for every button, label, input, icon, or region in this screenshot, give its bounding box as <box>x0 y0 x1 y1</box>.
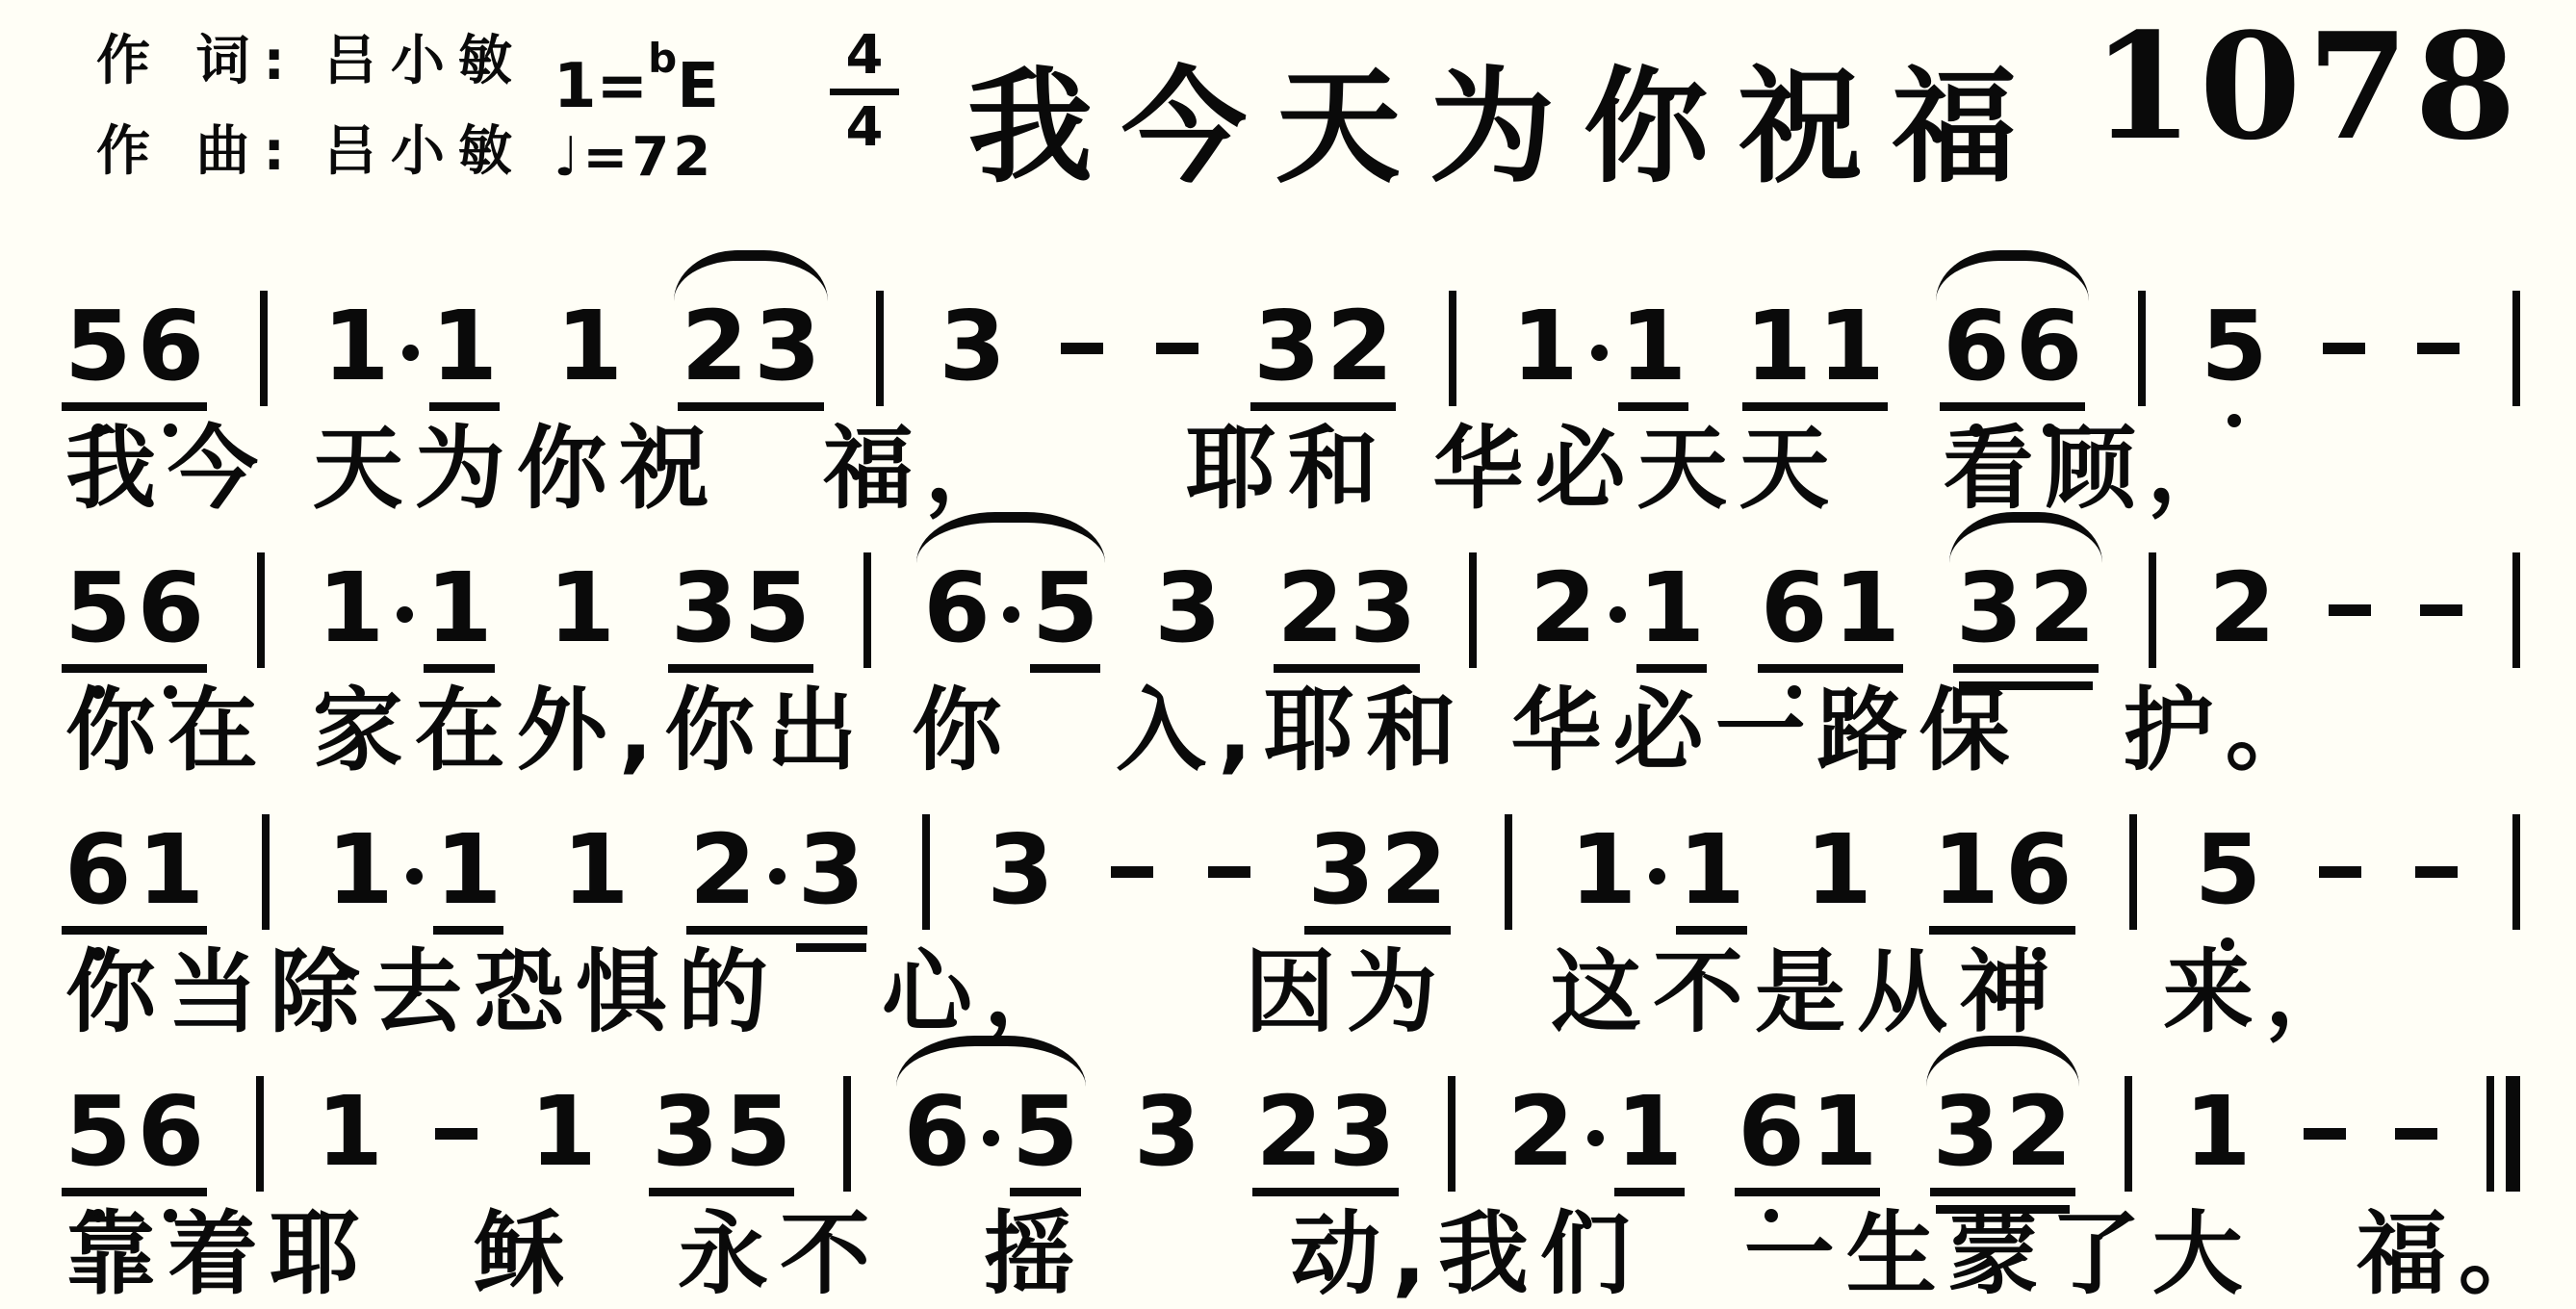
barline <box>1449 291 1456 406</box>
final-barline <box>2486 1076 2520 1192</box>
note-group: 23 <box>1274 560 1419 656</box>
system-line: 6111123332111165你当除去恐惧的 心， 因为 这不是从神 来， <box>62 772 2520 1034</box>
note-digit: 1 <box>1815 298 1888 395</box>
note-digit: 2 <box>1527 560 1600 656</box>
note-digit: 5 <box>722 1084 795 1180</box>
composer-label: 作 曲: <box>96 125 298 179</box>
barline <box>2129 814 2137 930</box>
group-underline <box>1274 664 1419 673</box>
group-underline <box>62 926 207 935</box>
note-digit: 2 <box>1274 560 1347 656</box>
note-digit: 2 <box>2025 560 2099 656</box>
digit-underline <box>433 926 504 935</box>
note-group: 23 <box>686 822 867 918</box>
dash-rest <box>2319 866 2361 878</box>
note-digit: 3 <box>1326 1084 1399 1180</box>
note-group: 65 <box>900 1084 1081 1180</box>
note-group: 1 <box>545 560 618 656</box>
note-digit: 1 <box>323 822 397 918</box>
dot-separator <box>397 606 413 623</box>
note-digit: 3 <box>1250 298 1324 395</box>
note-digit: 1 <box>1742 298 1816 395</box>
barline <box>260 291 268 406</box>
sheet-music-page: 作 词: 吕小敏 作 曲: 吕小敏 1=bE ♩=72 4 4 我今天为你祝福 … <box>0 0 2576 1309</box>
lyrics-line: 靠着耶 稣 永不 摇 动,我们 一生蒙了大 福。 <box>65 1205 2520 1304</box>
flat-accidental: b <box>648 35 677 82</box>
note-group: 1 <box>527 1084 600 1180</box>
note-digit: 1 <box>2181 1084 2254 1180</box>
note-digit: 5 <box>2192 822 2265 918</box>
dot-separator <box>406 868 423 885</box>
digit-underline <box>1676 926 1747 935</box>
digit-underline <box>1618 402 1689 411</box>
note-group: 65 <box>920 560 1101 656</box>
note-digit: 6 <box>62 822 135 918</box>
note-group: 56 <box>62 1084 207 1180</box>
dot-separator <box>1591 345 1608 361</box>
group-underline <box>62 402 207 411</box>
note-digit: 6 <box>920 560 993 656</box>
note-digit: 5 <box>1009 1084 1082 1180</box>
note-digit: 5 <box>740 560 813 656</box>
composer-line: 作 曲: 吕小敏 <box>96 125 526 179</box>
note-digit: 6 <box>1758 560 1831 656</box>
group-underline <box>1735 1188 1880 1196</box>
time-signature-top: 4 <box>826 29 903 83</box>
barline <box>257 552 265 668</box>
dash-rest <box>2304 1128 2346 1140</box>
barline <box>1448 1076 1455 1192</box>
note-digit: 6 <box>2013 298 2086 395</box>
note-digit: 1 <box>428 298 502 395</box>
barline <box>1469 552 1477 668</box>
note-digit: 1 <box>315 560 388 656</box>
digit-underline <box>1614 1188 1686 1196</box>
barline <box>876 291 884 406</box>
note-group: 3 <box>984 822 1057 918</box>
digit-underline <box>1636 664 1708 673</box>
composer-name: 吕小敏 <box>323 125 526 179</box>
barline <box>922 814 930 930</box>
note-digit: 2 <box>686 822 760 918</box>
note-group: 35 <box>668 560 813 656</box>
barline <box>843 1076 851 1192</box>
digit-underline <box>1030 664 1101 673</box>
note-group: 1 <box>1802 822 1875 918</box>
key-signature: 1=bE <box>554 38 719 117</box>
note-group: 66 <box>1940 298 2085 395</box>
barline <box>2512 291 2520 406</box>
group-underline <box>678 402 823 411</box>
note-group: 56 <box>62 560 207 656</box>
dot-separator <box>1649 868 1665 885</box>
note-digit: 6 <box>135 298 208 395</box>
lyricist-name: 吕小敏 <box>323 35 526 89</box>
group-underline <box>1250 402 1396 411</box>
note-group: 32 <box>1250 298 1396 395</box>
note-group: 61 <box>62 822 207 918</box>
note-group: 5 <box>2198 298 2271 395</box>
note-digit: 1 <box>313 1084 386 1180</box>
note-digit: 3 <box>1304 822 1378 918</box>
note-digit: 1 <box>554 298 627 395</box>
note-digit: 2 <box>1252 1084 1326 1180</box>
note-group: 21 <box>1527 560 1708 656</box>
lyrics-line: 你当除去恐惧的 心， 因为 这不是从神 来， <box>65 943 2520 1042</box>
dot-separator <box>402 345 419 361</box>
dash-rest <box>2395 1128 2437 1140</box>
dash-rest <box>2415 866 2458 878</box>
lyrics-line: 你在 家在外,你出 你 入,耶和 华必一路保 护。 <box>65 681 2520 781</box>
note-digit: 3 <box>751 298 824 395</box>
page-title: 我今天为你祝福 <box>967 27 2046 207</box>
note-group: 3 <box>936 298 1009 395</box>
note-digit: 3 <box>1131 1084 1204 1180</box>
note-digit: 3 <box>1930 1084 2003 1180</box>
note-digit: 1 <box>545 560 618 656</box>
key-note: E <box>677 51 719 122</box>
note-group: 1 <box>559 822 632 918</box>
barline <box>863 552 871 668</box>
system-line: 561135653232161321靠着耶 稣 永不 摇 动,我们 一生蒙了大 … <box>62 1034 2520 1296</box>
time-signature-fraction-line <box>830 89 899 95</box>
note-digit: 6 <box>1940 298 2013 395</box>
note-group: 11 <box>1742 298 1888 395</box>
barline <box>2512 814 2520 930</box>
note-group: 1 <box>313 1084 386 1180</box>
notation-systems: 56111233321111665我今 天为你祝 福， 耶和 华必天天 看顾，5… <box>62 248 2520 1296</box>
group-underline <box>1930 1188 2075 1196</box>
lyricist-line: 作 词: 吕小敏 <box>96 35 526 89</box>
notes-row: 561135653232161321 <box>62 1084 2520 1192</box>
barline <box>262 814 270 930</box>
note-digit: 2 <box>2002 1084 2075 1180</box>
note-digit: 2 <box>678 298 751 395</box>
dash-rest <box>2329 604 2371 616</box>
note-digit: 2 <box>1505 1084 1578 1180</box>
hymn-number: 1078 <box>2092 13 2522 160</box>
note-group: 2 <box>2205 560 2279 656</box>
dash-rest <box>435 1128 477 1140</box>
note-group: 61 <box>1735 1084 1880 1180</box>
note-group: 61 <box>1758 560 1903 656</box>
note-group: 3 <box>1151 560 1224 656</box>
group-underline <box>1940 402 2085 411</box>
tempo-value: =72 <box>582 126 714 189</box>
note-digit: 5 <box>62 298 135 395</box>
dash-rest <box>2417 343 2460 354</box>
note-digit: 1 <box>1802 822 1875 918</box>
note-digit: 1 <box>1675 822 1748 918</box>
dash-rest <box>2323 343 2365 354</box>
note-digit: 1 <box>1830 560 1903 656</box>
group-underline <box>1304 926 1450 935</box>
note-digit: 6 <box>135 1084 208 1180</box>
barline <box>2138 291 2146 406</box>
note-digit: 3 <box>649 1084 722 1180</box>
note-digit: 3 <box>984 822 1057 918</box>
tempo-marking: ♩=72 <box>554 131 719 185</box>
note-digit: 1 <box>1929 822 2002 918</box>
note-digit: 3 <box>1151 560 1224 656</box>
note-digit: 3 <box>936 298 1009 395</box>
note-group: 35 <box>649 1084 794 1180</box>
dash-rest <box>1111 866 1153 878</box>
note-group: 11 <box>320 298 501 395</box>
dot-separator <box>1003 606 1019 623</box>
barline <box>1505 814 1512 930</box>
note-group: 32 <box>1953 560 2099 656</box>
key-tempo-block: 1=bE ♩=72 <box>554 38 719 185</box>
note-digit: 1 <box>527 1084 600 1180</box>
note-digit: 3 <box>795 822 868 918</box>
note-digit: 2 <box>1324 298 1397 395</box>
dash-rest <box>2420 604 2462 616</box>
note-digit: 2 <box>1378 822 1451 918</box>
time-signature-bottom: 4 <box>826 101 903 155</box>
note-digit: 1 <box>1636 560 1709 656</box>
digit-underline <box>1010 1188 1081 1196</box>
system-line: 5611135653232161322你在 家在外,你出 你 入,耶和 华必一路… <box>62 510 2520 772</box>
notes-row: 56111233321111665 <box>62 298 2520 406</box>
note-group: 21 <box>1505 1084 1686 1180</box>
note-group: 11 <box>1508 298 1689 395</box>
group-underline <box>1252 1188 1398 1196</box>
note-digit: 3 <box>1347 560 1420 656</box>
note-group: 56 <box>62 298 207 395</box>
note-digit: 6 <box>1735 1084 1808 1180</box>
group-underline <box>1953 664 2099 673</box>
dot-separator <box>1587 1130 1604 1146</box>
digit-underline <box>424 664 495 673</box>
final-barline-thin <box>2486 1076 2494 1192</box>
note-group: 3 <box>1131 1084 1204 1180</box>
final-barline-thick <box>2506 1076 2520 1192</box>
note-digit: 6 <box>2002 822 2075 918</box>
note-digit: 2 <box>2205 560 2279 656</box>
barline <box>256 1076 264 1192</box>
dot-separator <box>1610 606 1626 623</box>
group-underline <box>649 1188 794 1196</box>
note-digit: 1 <box>1808 1084 1881 1180</box>
group-underline <box>1758 664 1903 673</box>
dot-separator <box>769 868 786 885</box>
key-prefix: 1= <box>554 51 648 122</box>
note-group: 23 <box>1252 1084 1398 1180</box>
note-digit: 5 <box>62 560 135 656</box>
note-group: 16 <box>1929 822 2074 918</box>
note-group: 11 <box>315 560 496 656</box>
dash-rest <box>1208 866 1250 878</box>
group-underline <box>62 664 207 673</box>
dash-rest <box>1156 343 1198 354</box>
system-line: 56111233321111665我今 天为你祝 福， 耶和 华必天天 看顾， <box>62 248 2520 510</box>
notes-row: 5611135653232161322 <box>62 560 2520 668</box>
note-digit: 5 <box>62 1084 135 1180</box>
note-digit: 3 <box>1953 560 2026 656</box>
barline <box>2125 1076 2132 1192</box>
note-group: 23 <box>678 298 823 395</box>
notes-row: 6111123332111165 <box>62 822 2520 930</box>
note-digit: 1 <box>1617 298 1690 395</box>
note-group: 32 <box>1930 1084 2075 1180</box>
note-digit: 1 <box>320 298 393 395</box>
group-underline <box>1742 402 1888 411</box>
group-underline <box>686 926 867 935</box>
dot-separator <box>983 1130 999 1146</box>
note-digit: 1 <box>559 822 632 918</box>
note-digit: 1 <box>1508 298 1582 395</box>
note-group: 32 <box>1304 822 1450 918</box>
credits: 作 词: 吕小敏 作 曲: 吕小敏 <box>96 35 526 216</box>
note-digit: 1 <box>432 822 505 918</box>
barline <box>2512 552 2520 668</box>
note-group: 1 <box>2181 1084 2254 1180</box>
note-digit: 5 <box>1029 560 1102 656</box>
note-digit: 1 <box>423 560 496 656</box>
note-digit: 1 <box>1613 1084 1687 1180</box>
time-signature: 4 4 <box>826 29 903 155</box>
lyricist-label: 作 词: <box>96 35 298 89</box>
note-digit: 5 <box>2198 298 2271 395</box>
note-group: 11 <box>1567 822 1748 918</box>
group-underline <box>668 664 813 673</box>
note-group: 11 <box>323 822 504 918</box>
note-digit: 1 <box>1567 822 1640 918</box>
dash-rest <box>1061 343 1103 354</box>
group-underline <box>62 1188 207 1196</box>
digit-underline <box>429 402 501 411</box>
note-group: 1 <box>554 298 627 395</box>
note-digit: 1 <box>135 822 208 918</box>
note-digit: 6 <box>900 1084 973 1180</box>
group-underline <box>1929 926 2074 935</box>
note-group: 5 <box>2192 822 2265 918</box>
barline <box>2149 552 2156 668</box>
note-digit: 3 <box>668 560 741 656</box>
lyrics-line: 我今 天为你祝 福， 耶和 华必天天 看顾， <box>65 420 2520 519</box>
note-digit: 6 <box>135 560 208 656</box>
quarter-note-icon: ♩ <box>554 126 582 189</box>
